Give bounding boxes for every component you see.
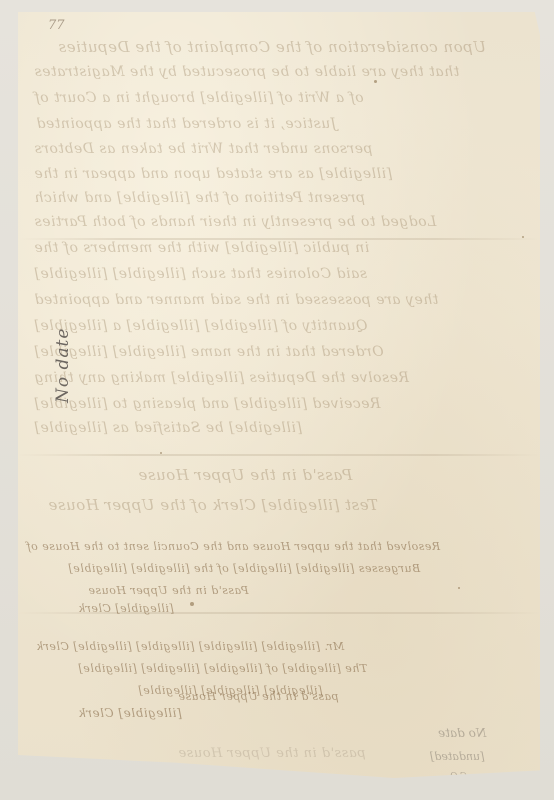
- foxing-spot: [458, 587, 460, 589]
- body-line: [illegible] as are stated upon and appea…: [34, 166, 392, 182]
- body-line: Quantity of [illegible] [illegible] a [i…: [34, 318, 368, 334]
- foxing-spot: [160, 452, 162, 454]
- body-line: that they are liable to be prosecuted by…: [34, 64, 459, 80]
- manuscript-page: 77 Upon consideration of the Complaint o…: [18, 12, 540, 778]
- body-line: Received [illegible] and pleasing to [il…: [34, 396, 381, 412]
- foxing-spot: [374, 80, 377, 83]
- committee-line: pass'd in the Upper House: [178, 690, 339, 703]
- margin-note-pencil: No date: [53, 293, 73, 403]
- fold-line: [18, 454, 540, 456]
- docket-line: No date: [438, 726, 486, 740]
- passage-line: Test [illegible] Clerk of the Upper Hous…: [48, 496, 378, 514]
- body-line: they are possessed in the said manner an…: [34, 292, 438, 308]
- body-line: present Petition of the [illegible] and …: [34, 190, 365, 206]
- foxing-spot: [190, 602, 194, 606]
- docket-line: [undated]: [430, 750, 484, 763]
- body-line: [illegible] be Satisfied as [illegible]: [34, 420, 302, 436]
- body-line: Lodged to be presently in their hands of…: [34, 214, 436, 230]
- body-line: persons under that Writ be taken as Debt…: [34, 141, 373, 157]
- body-line: Upon consideration of the Complaint of t…: [58, 38, 486, 56]
- body-line: Ordered that in the name [illegible] [il…: [34, 344, 384, 360]
- committee-line: The [illegible] of [illegible] [illegibl…: [78, 662, 367, 675]
- body-line: of a Writ of [illegible] brought in a Co…: [34, 90, 364, 106]
- committee-line: [illegible] Clerk: [78, 706, 182, 720]
- page-number: 77: [48, 18, 65, 33]
- body-line: said Colonies that such [illegible] [ill…: [34, 266, 367, 282]
- body-line: Justice, it is ordered that the appointe…: [36, 116, 336, 132]
- resolution-line: [illegible] Clerk: [78, 602, 174, 615]
- foxing-spot: [522, 236, 524, 238]
- passage-line: Pass'd in the Upper House: [138, 466, 352, 484]
- resolution-line: Resolved that the upper House and the Co…: [26, 540, 440, 553]
- body-line: in public [illegible] with the members o…: [34, 240, 369, 256]
- resolution-line: Burgesses [illegible] [illegible] of the…: [68, 562, 420, 575]
- committee-line: Mr. [illegible] [illegible] [illegible] …: [36, 640, 344, 653]
- body-line: Resolve the Deputies [illegible] making …: [34, 370, 409, 386]
- resolution-line: Pass'd in the Upper House: [88, 584, 249, 597]
- footer-line: pass'd in the Upper House: [178, 746, 366, 761]
